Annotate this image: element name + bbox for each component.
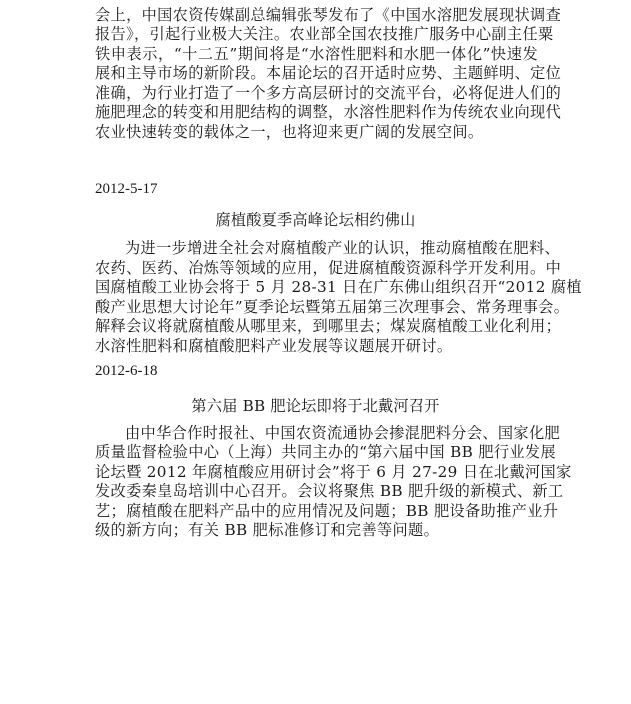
paragraph-line: 水溶性肥料和腐植酸肥料产业发展等议题展开研讨。 (95, 336, 538, 356)
article-date: 2012-5-17 (95, 179, 538, 199)
paragraph-line: 艺；腐植酸在肥料产品中的应用情况及问题；BB 肥设备助推产业升 (95, 501, 538, 521)
paragraph-line: 会上，中国农资传媒副总编辑张琴发布了《中国水溶肥发展现状调查 (95, 5, 538, 25)
paragraph-line: 级的新方向；有关 BB 肥标准修订和完善等问题。 (95, 520, 538, 540)
paragraph-line: 准确，为行业打造了一个多方高层研讨的交流平台，必将促进人们的 (95, 83, 538, 103)
paragraph-line: 报告》，引起行业极大关注。农业部全国农技推广服务中心副主任粟 (95, 24, 538, 44)
paragraph-line: 由中华合作时报社、中国农资流通协会掺混肥料分会、国家化肥 (125, 423, 538, 443)
article-title: 第六届 BB 肥论坛即将于北戴河召开 (0, 396, 631, 416)
paragraph-line: 农业快速转变的载体之一，也将迎来更广阔的发展空间。 (95, 122, 538, 142)
document-page: 会上，中国农资传媒副总编辑张琴发布了《中国水溶肥发展现状调查 报告》，引起行业极… (0, 0, 631, 704)
paragraph-line: 酸产业思想大讨论年”夏季论坛暨第五届第三次理事会、常务理事会。 (95, 297, 538, 317)
paragraph-line: 展和主导市场的新阶段。本届论坛的召开适时应势、主题鲜明、定位 (95, 63, 538, 83)
paragraph-line: 铁申表示，“十二五”期间将是“水溶性肥料和水肥一体化”快速发 (95, 44, 538, 64)
paragraph-line: 国腐植酸工业协会将于 5 月 28-31 日在广东佛山组织召开“2012 腐植 (95, 277, 538, 297)
paragraph-line: 质量监督检验中心（上海）共同主办的“第六届中国 BB 肥行业发展 (95, 442, 538, 462)
article-date: 2012-6-18 (95, 361, 538, 381)
paragraph-line: 发改委秦皇岛培训中心召开。会议将聚焦 BB 肥升级的新模式、新工 (95, 481, 538, 501)
paragraph-line: 农药、医药、冶炼等领域的应用，促进腐植酸资源科学开发利用。中 (95, 258, 538, 278)
paragraph-line: 为进一步增进全社会对腐植酸产业的认识，推动腐植酸在肥料、 (125, 238, 538, 258)
article-title: 腐植酸夏季高峰论坛相约佛山 (0, 210, 631, 230)
paragraph-line: 解释会议将就腐植酸从哪里来，到哪里去；煤炭腐植酸工业化利用； (95, 316, 538, 336)
paragraph-line: 施肥理念的转变和用肥结构的调整，水溶性肥料作为传统农业向现代 (95, 102, 538, 122)
paragraph-line: 论坛暨 2012 年腐植酸应用研讨会”将于 6 月 27-29 日在北戴河国家 (95, 462, 538, 482)
